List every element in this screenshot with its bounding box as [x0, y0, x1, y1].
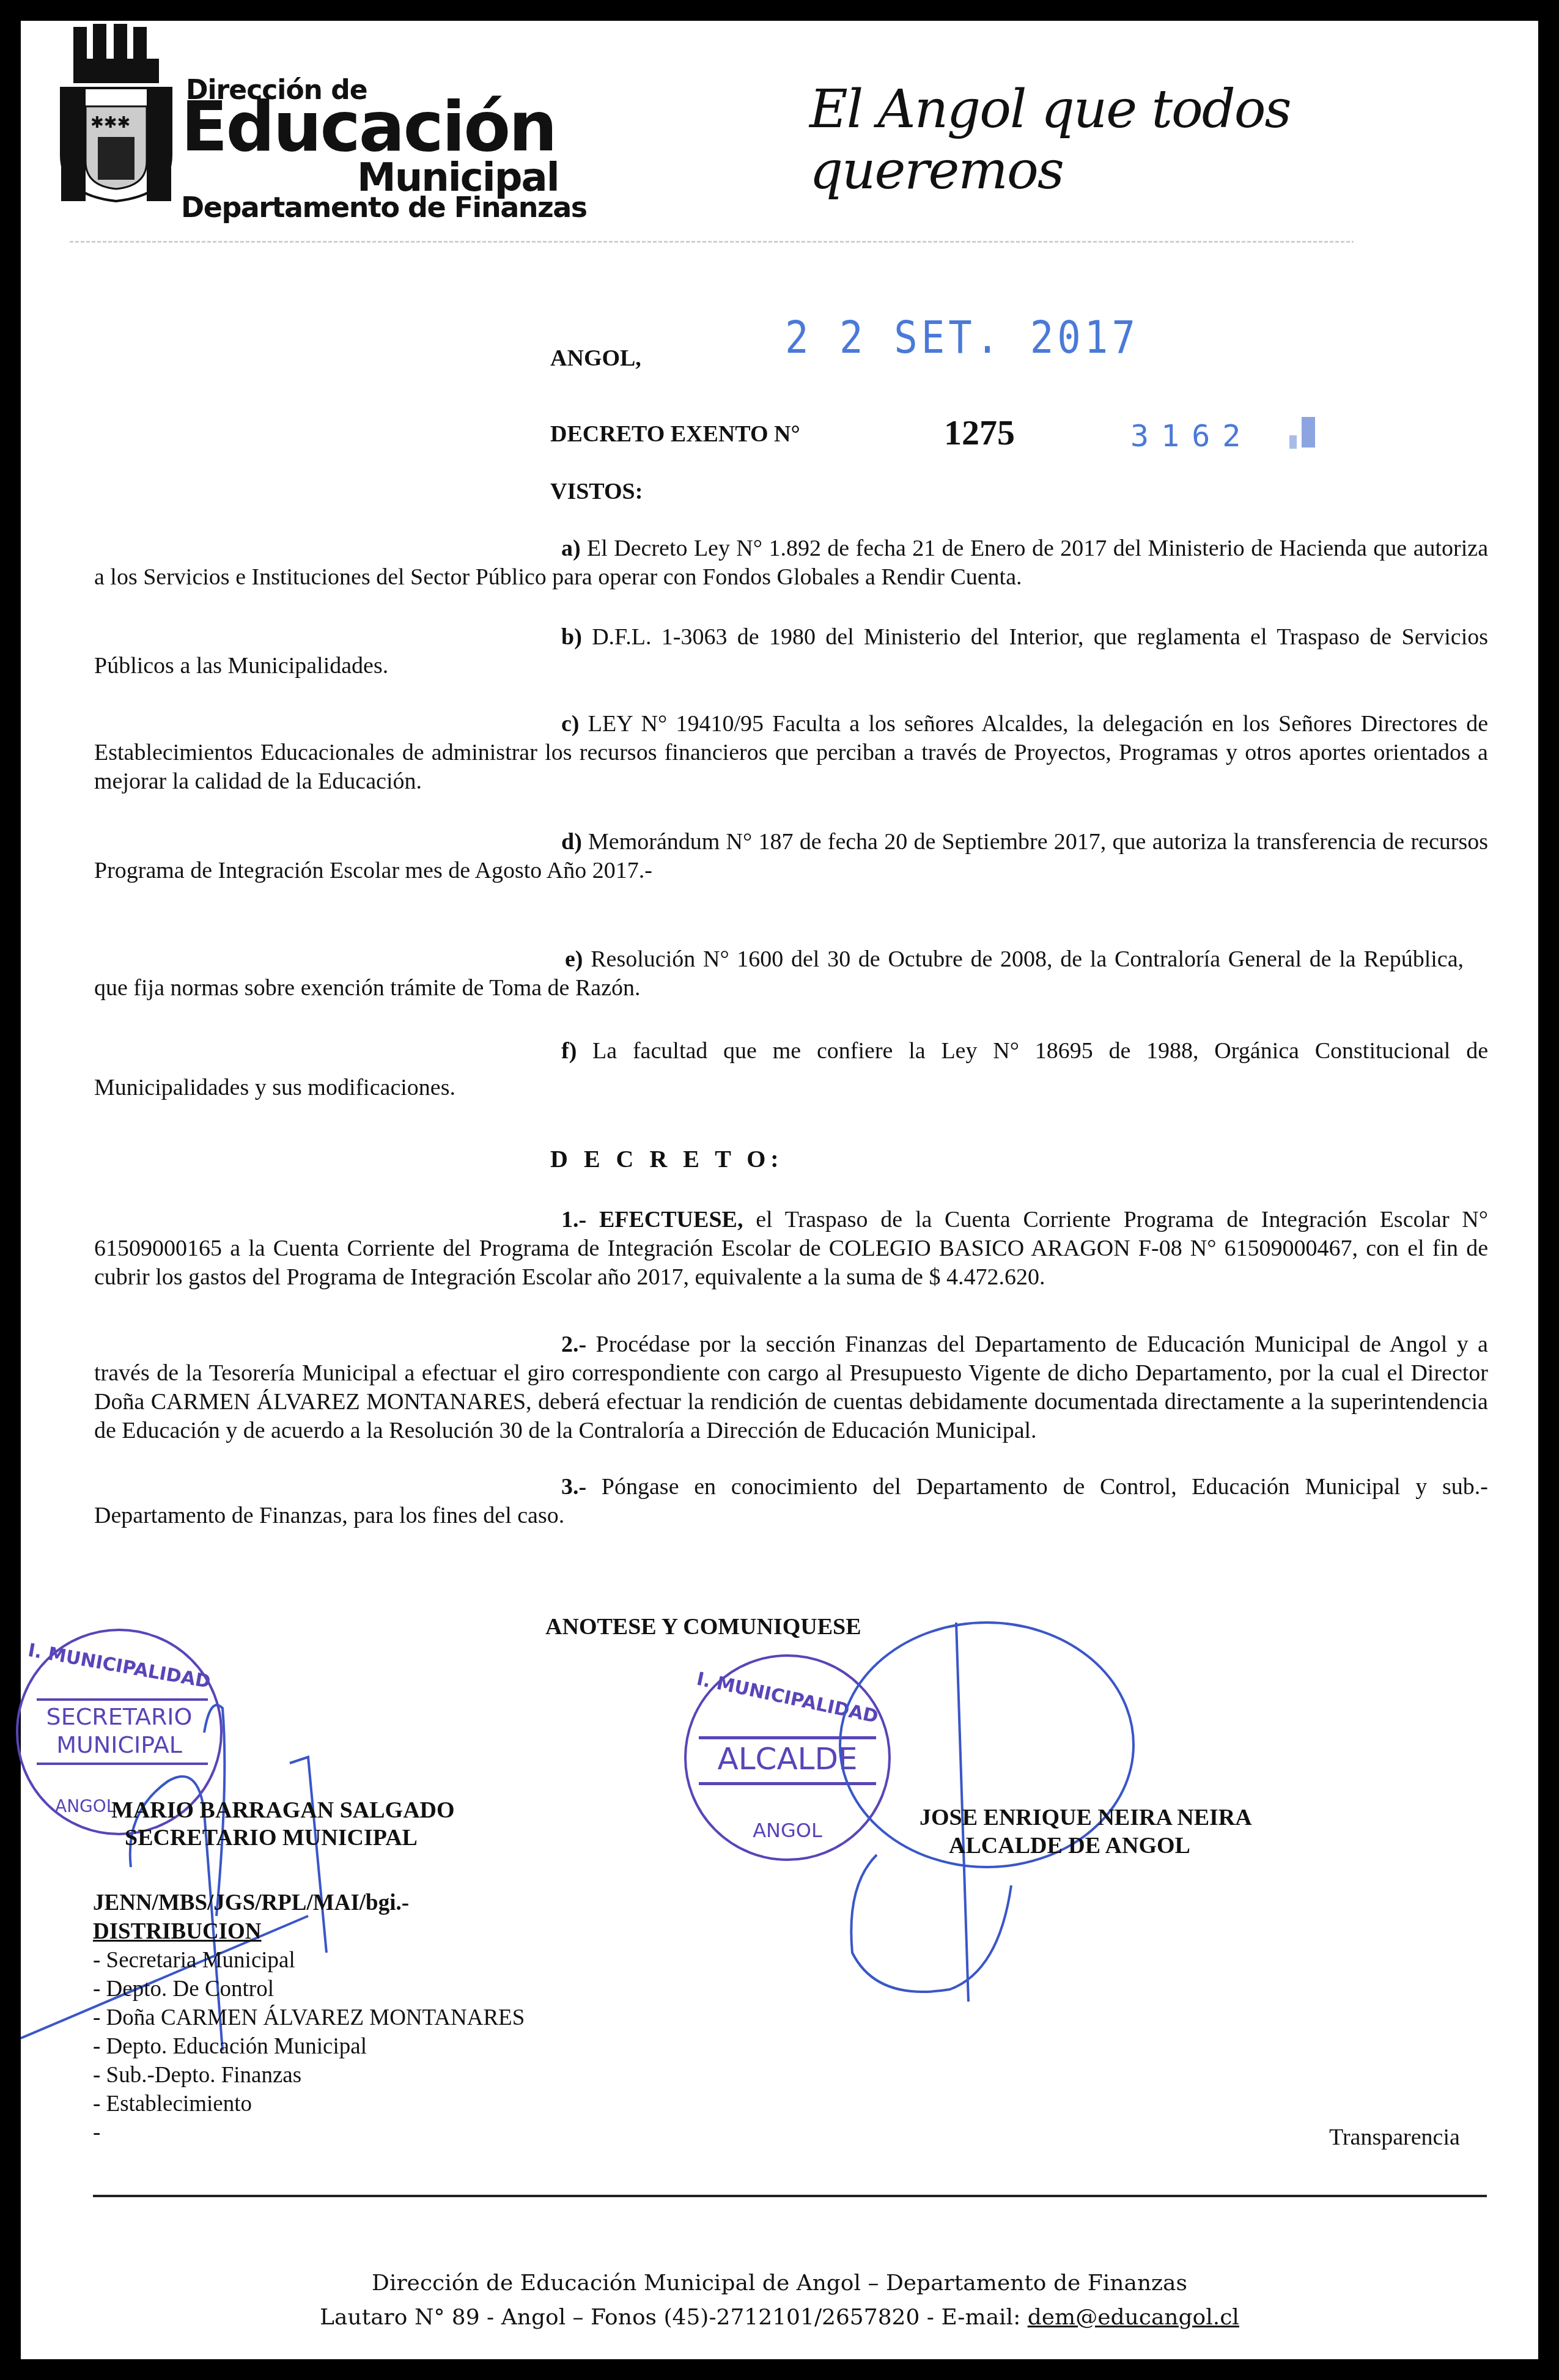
visto-letter: f): [561, 1038, 577, 1064]
list-item: - Sub.-Depto. Finanzas: [93, 2061, 525, 2090]
item-number: 2.-: [561, 1332, 586, 1357]
visto-text: Memorándum N° 187 de fecha 20 de Septiem…: [94, 829, 1488, 883]
date-stamp: 2 2 SET. 2017: [785, 312, 1139, 364]
list-item: - Depto. Educación Municipal: [93, 2032, 525, 2061]
item-number: 3.-: [561, 1474, 586, 1500]
footer-address: Lautaro N° 89 - Angol – Fonos (45)-27121…: [320, 2305, 1028, 2330]
visto-letter: d): [561, 829, 582, 855]
document-page: ✱✱✱ Dirección de Educación Municipal Dep…: [21, 21, 1538, 2359]
stamp-mark-icon: [1289, 435, 1297, 449]
visto-d: d) Memorándum N° 187 de fecha 20 de Sept…: [94, 828, 1488, 885]
coat-of-arms-icon: ✱✱✱: [55, 21, 177, 204]
city-label: ANGOL,: [550, 345, 641, 372]
item-text: Póngase en conocimiento del Departamento…: [94, 1474, 1488, 1528]
list-item: -: [93, 2118, 525, 2147]
left-signer-title: SECRETARIO MUNICIPAL: [125, 1824, 418, 1851]
visto-text: La facultad que me confiere la Ley N° 18…: [94, 1038, 1488, 1100]
left-signer-name: MARIO BARRAGAN SALGADO: [111, 1797, 455, 1824]
list-item: - Depto. De Control: [93, 1975, 525, 2003]
visto-c: c) LEY N° 19410/95 Faculta a los señores…: [94, 710, 1488, 796]
email-link[interactable]: dem@educangol.cl: [1028, 2305, 1239, 2330]
visto-text: Resolución N° 1600 del 30 de Octubre de …: [94, 946, 1464, 1001]
visto-b: b) D.F.L. 1-3063 de 1980 del Ministerio …: [94, 623, 1488, 680]
org-line2: Educación: [181, 93, 556, 161]
item-number: 1.-: [561, 1207, 586, 1232]
visto-a: a) El Decreto Ley N° 1.892 de fecha 21 d…: [94, 534, 1488, 592]
right-signer-title: ALCALDE DE ANGOL: [949, 1832, 1190, 1859]
list-item: - Establecimiento: [93, 2090, 525, 2118]
stamp-mark-icon: [1302, 417, 1315, 448]
list-item: - Doña CARMEN ÁLVAREZ MONTANARES: [93, 2003, 525, 2032]
decreto-item-1: 1.- EFECTUESE, el Traspaso de la Cuenta …: [94, 1206, 1488, 1292]
footer-line2: Lautaro N° 89 - Angol – Fonos (45)-27121…: [21, 2305, 1538, 2330]
visto-text: D.F.L. 1-3063 de 1980 del Ministerio del…: [94, 624, 1488, 679]
footer-divider: [93, 2195, 1487, 2197]
distribution-list: JENN/MBS/JGS/RPL/MAI/bgi.- DISTRIBUCION …: [93, 1888, 525, 2147]
motto: El Angol que todos queremos: [809, 79, 1538, 201]
svg-text:✱✱✱: ✱✱✱: [90, 114, 130, 131]
right-signer-name: JOSE ENRIQUE NEIRA NEIRA: [920, 1804, 1252, 1831]
decreto-heading: D E C R E T O:: [550, 1144, 784, 1173]
vistos-label: VISTOS:: [550, 478, 643, 505]
decreto-item-3: 3.- Póngase en conocimiento del Departam…: [94, 1473, 1488, 1530]
decree-number: 1275: [944, 412, 1015, 453]
item-text: el Traspaso de la Cuenta Corriente Progr…: [94, 1207, 1488, 1290]
decree-label: DECRETO EXENTO N°: [550, 421, 800, 448]
footer-line1: Dirección de Educación Municipal de Ango…: [21, 2271, 1538, 2296]
decreto-item-2: 2.- Procédase por la sección Finanzas de…: [94, 1330, 1488, 1445]
list-item: - Secretaria Municipal: [93, 1946, 525, 1975]
initials: JENN/MBS/JGS/RPL/MAI/bgi.-: [93, 1888, 525, 1917]
item-text: Procédase por la sección Finanzas del De…: [94, 1332, 1488, 1443]
org-line4: Departamento de Finanzas: [181, 193, 587, 221]
visto-f: f) La facultad que me confiere la Ley N°…: [94, 1033, 1488, 1106]
header-divider: [70, 241, 1354, 243]
item-lead: EFECTUESE,: [599, 1207, 743, 1232]
visto-letter: c): [561, 711, 580, 737]
visto-letter: e): [565, 946, 583, 972]
visto-letter: b): [561, 624, 582, 650]
visto-e: e) Resolución N° 1600 del 30 de Octubre …: [94, 945, 1464, 1003]
distribution-title: DISTRIBUCION: [93, 1917, 525, 1946]
stamp-number: 3162: [1130, 418, 1253, 454]
transparency-label: Transparencia: [1329, 2124, 1460, 2151]
visto-text: El Decreto Ley N° 1.892 de fecha 21 de E…: [94, 536, 1488, 590]
visto-letter: a): [561, 536, 581, 561]
visto-text: LEY N° 19410/95 Faculta a los señores Al…: [94, 711, 1488, 794]
